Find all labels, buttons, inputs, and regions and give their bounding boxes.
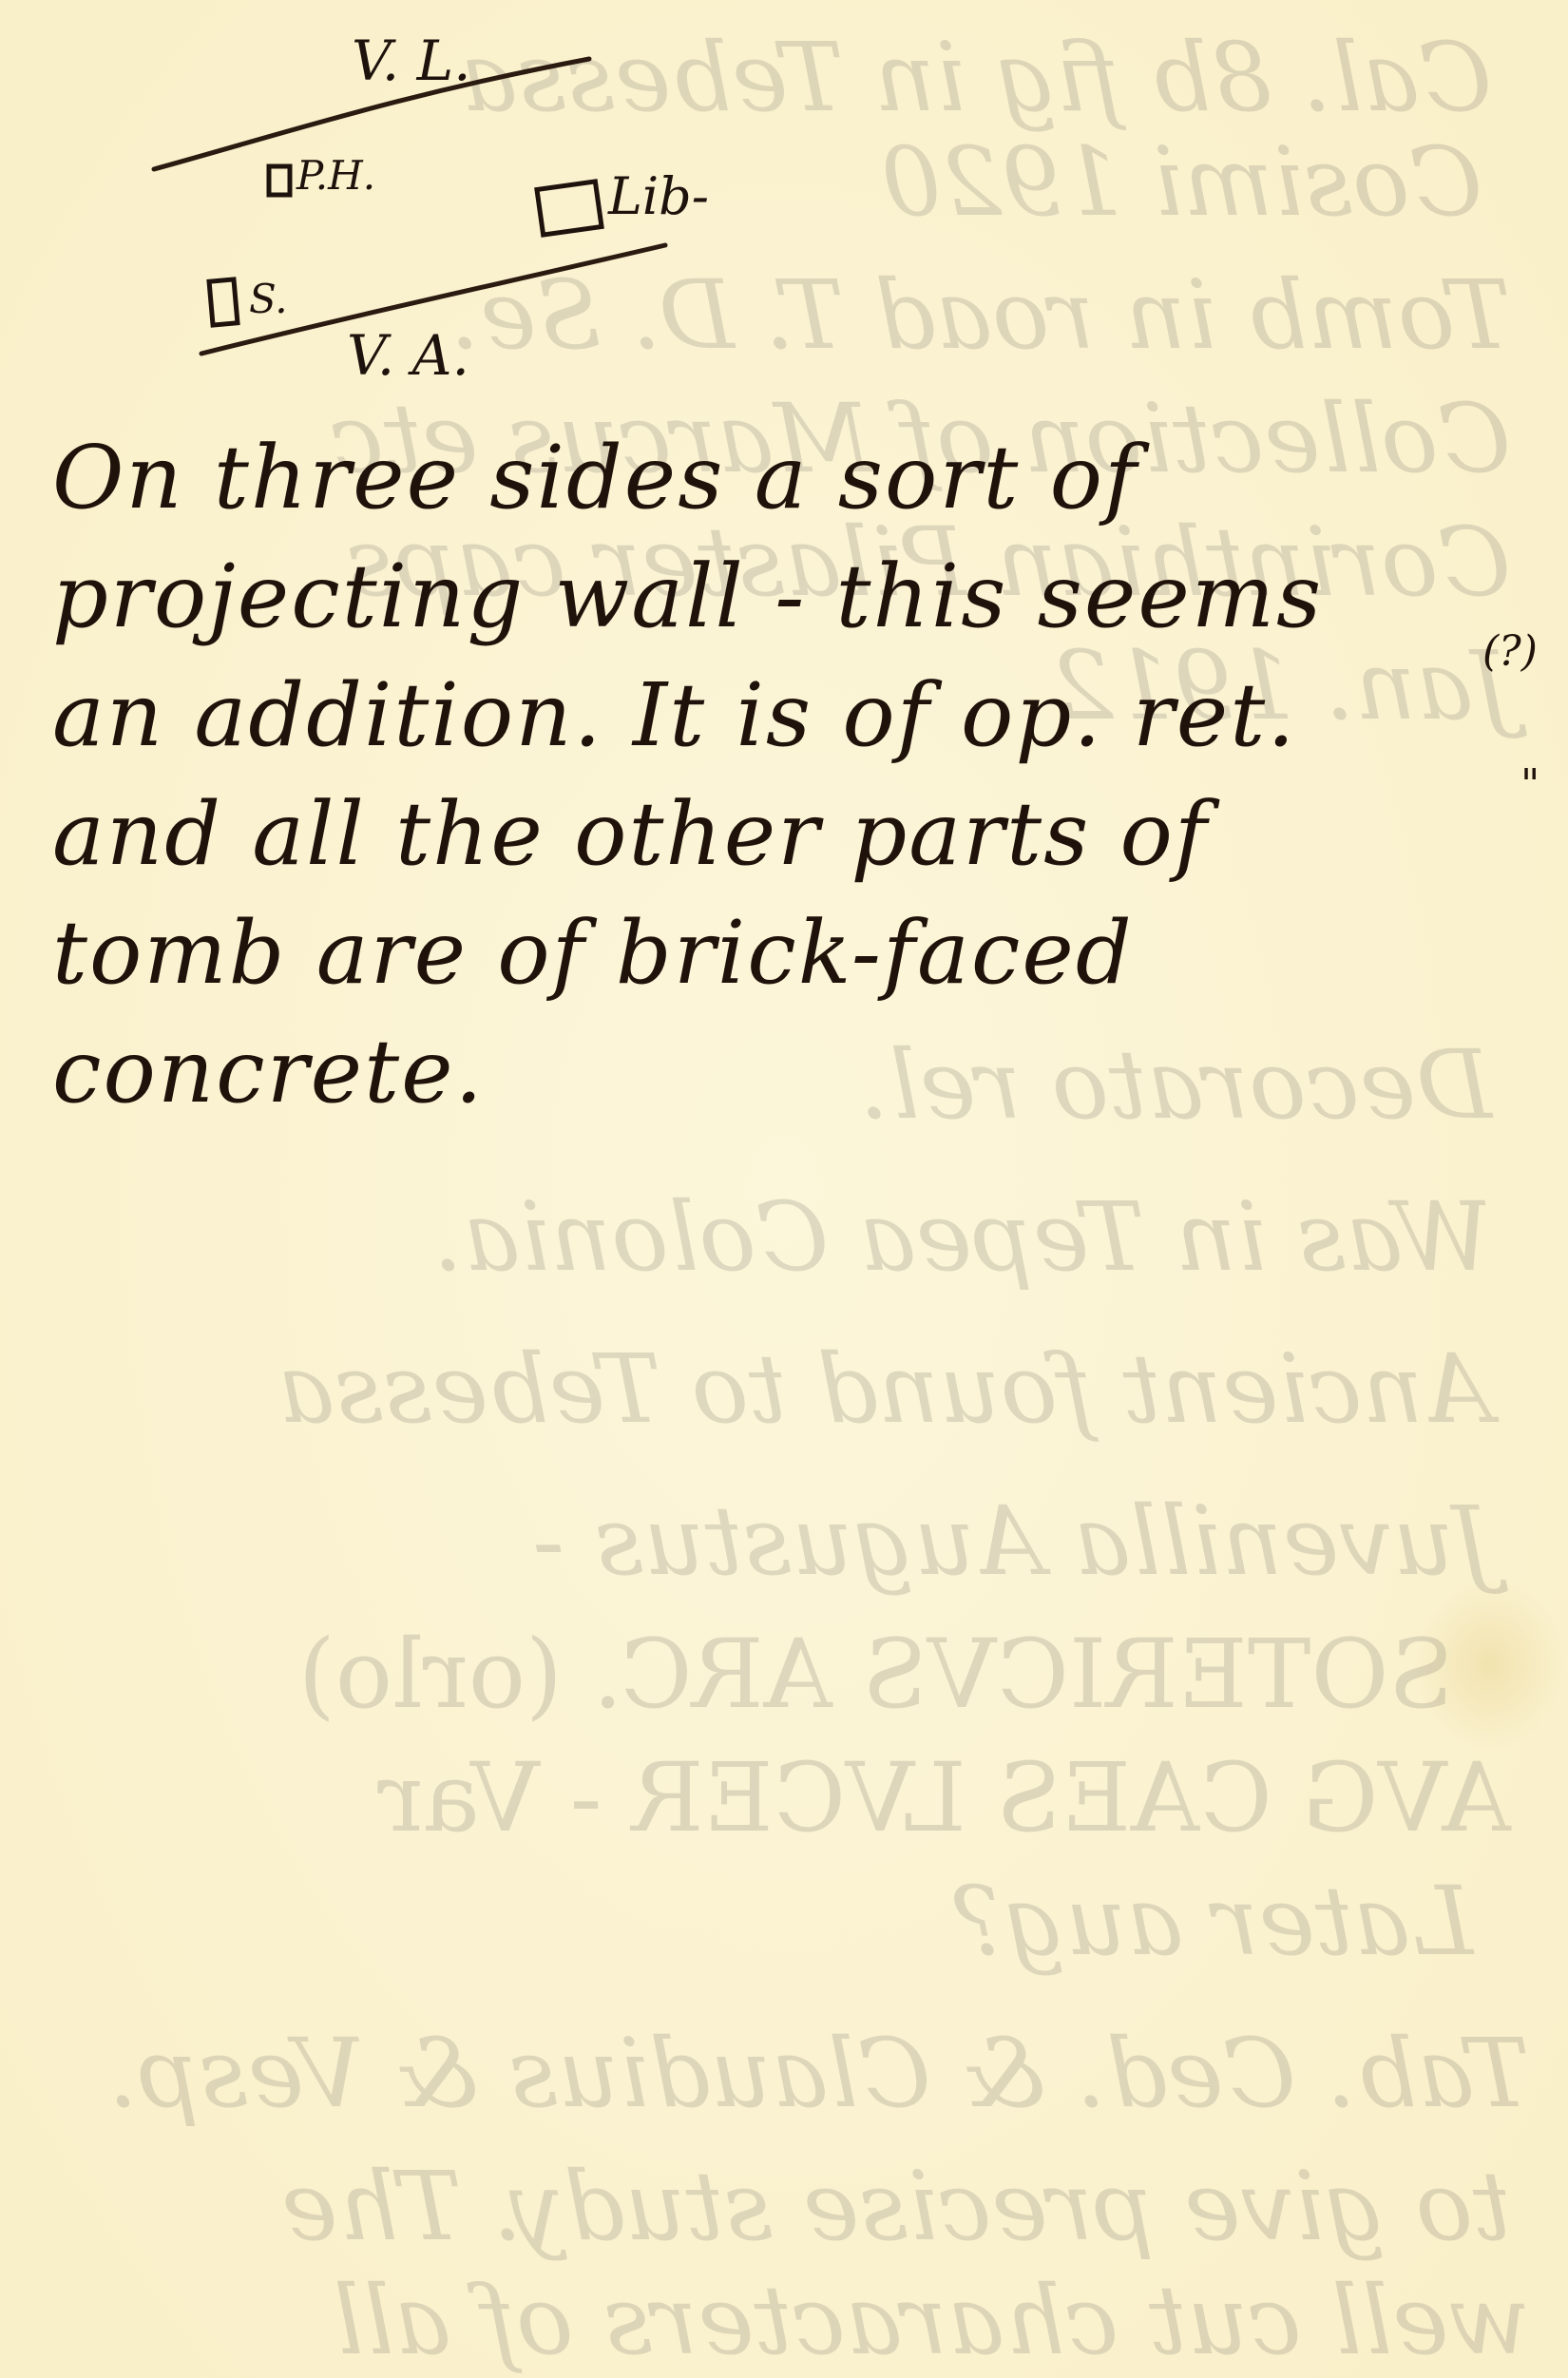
text-line: concrete.	[52, 1012, 1535, 1131]
box-lib	[537, 182, 602, 235]
text-line: On three sides a sort of	[52, 418, 1535, 537]
label-bottom: V. A.	[347, 323, 469, 388]
box-s	[209, 279, 238, 325]
label-ph: P.H.	[296, 152, 375, 199]
label-lib: Lib-	[608, 166, 709, 226]
text-line: projecting wall - this seems	[52, 537, 1535, 656]
site-sketch-diagram: V. L. P.H. Lib- S. V. A.	[0, 0, 760, 399]
text-line: tomb are of brick-faced	[52, 902, 1134, 1004]
text-line: an addition. It is of op. ret.	[52, 656, 1535, 775]
text-line: and all the other parts of	[52, 775, 1535, 893]
annotation-query: (?)	[1482, 627, 1538, 676]
text-line: tomb are of brick-faced	[52, 893, 1535, 1012]
label-s: S.	[249, 276, 288, 322]
label-top: V. L.	[352, 29, 471, 93]
box-ph	[269, 166, 290, 195]
annotation-ditto: "	[1520, 760, 1539, 809]
handwritten-text: On three sides a sort of projecting wall…	[52, 418, 1535, 1131]
